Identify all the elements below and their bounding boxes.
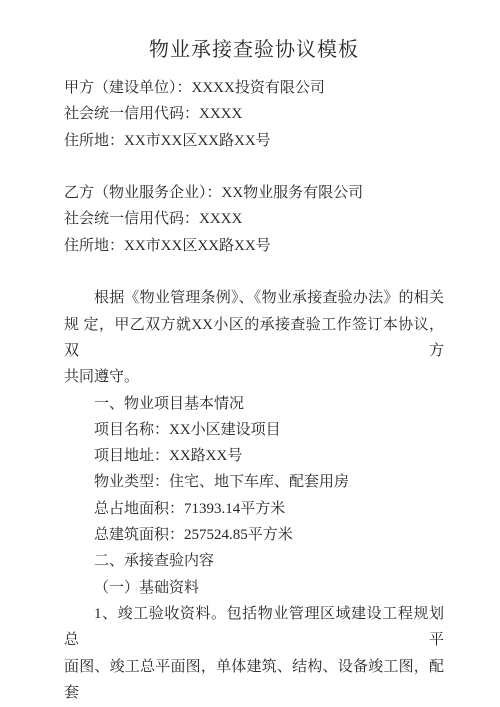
party-b-address-line: 住所地：XX市XX区XX路XX号 bbox=[64, 233, 444, 259]
project-address-line: 项目地址：XX路XX号 bbox=[64, 443, 444, 469]
preamble-line-3: 共同遵守。 bbox=[64, 364, 444, 390]
section-2-1-heading: （一）基础资料 bbox=[64, 575, 444, 601]
party-b-credit-code-line: 社会统一信用代码：XXXX bbox=[64, 206, 444, 232]
party-b-name-line: 乙方（物业服务企业）：XX物业服务有限公司 bbox=[64, 180, 444, 206]
section-1-heading: 一、物业项目基本情况 bbox=[64, 391, 444, 417]
blank-line bbox=[64, 154, 444, 180]
party-a-name-line: 甲方（建设单位）：XXXX投资有限公司 bbox=[64, 75, 444, 101]
section-2-item-1-line-1: 1、竣工验收资料。包括物业管理区域建设工程规划总 平 bbox=[64, 601, 444, 654]
section-2-heading: 二、承接查验内容 bbox=[64, 548, 444, 574]
building-area-line: 总建筑面积：257524.85平方米 bbox=[64, 522, 444, 548]
preamble-line-2: 规 定，甲乙双方就XX小区的承接查验工作签订本协议，双方 bbox=[64, 312, 444, 365]
land-area-line: 总占地面积：71393.14平方米 bbox=[64, 496, 444, 522]
preamble-line-1: 根据《物业管理条例》、《物业承接查验办法》的相关 bbox=[64, 285, 444, 311]
party-a-credit-code-line: 社会统一信用代码：XXXX bbox=[64, 101, 444, 127]
property-type-line: 物业类型：住宅、地下车库、配套用房 bbox=[64, 469, 444, 495]
party-a-address-line: 住所地：XX市XX区XX路XX号 bbox=[64, 128, 444, 154]
document-page: 物业承接查验协议模板 甲方（建设单位）：XXXX投资有限公司 社会统一信用代码：… bbox=[0, 0, 500, 707]
project-name-line: 项目名称：XX小区建设项目 bbox=[64, 417, 444, 443]
document-title: 物业承接查验协议模板 bbox=[64, 34, 444, 66]
blank-line bbox=[64, 259, 444, 285]
section-2-item-1-line-2: 面图、竣工总平面图，单体建筑、结构、设备竣工图，配 套 bbox=[64, 654, 444, 707]
